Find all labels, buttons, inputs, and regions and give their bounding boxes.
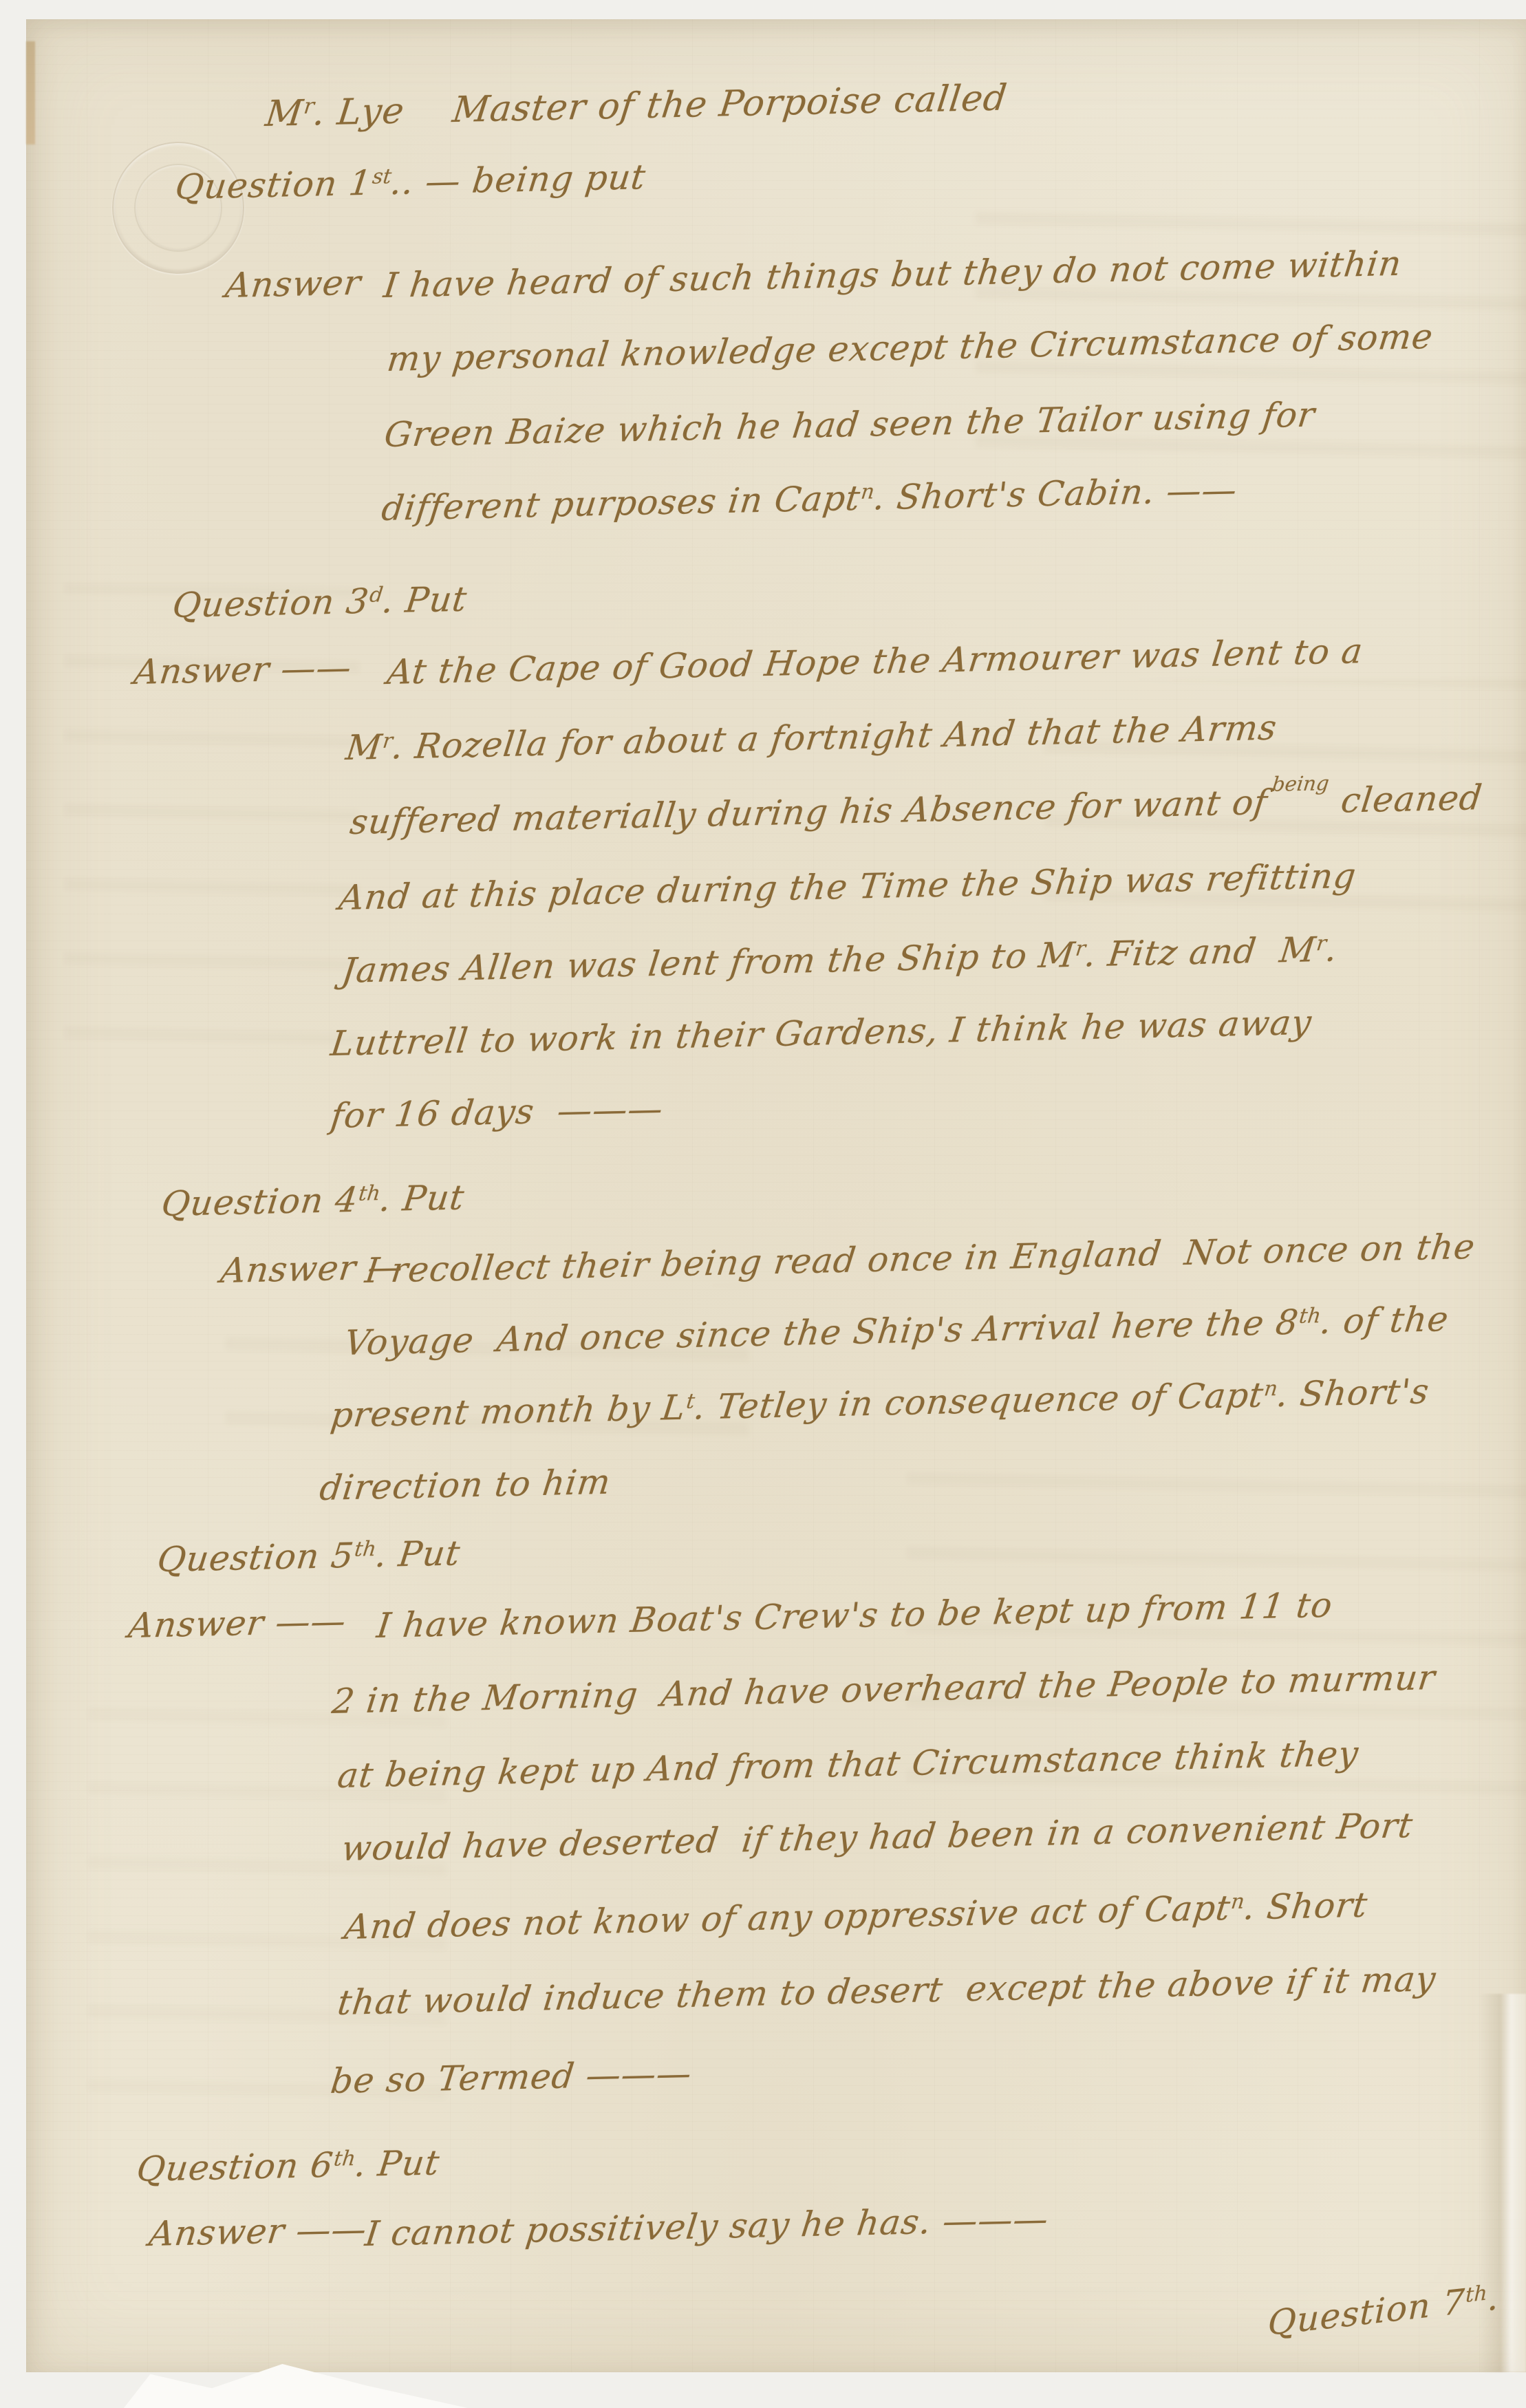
manuscript-line-text: And does not know of any oppressive act … [343, 1888, 1370, 1944]
superscript: n [1229, 1889, 1246, 1913]
superscript: th [353, 1537, 378, 1562]
question-label: Question 5th. Put [155, 1536, 462, 1577]
manuscript-line-text: suffered materially during his Absence f… [348, 780, 1484, 839]
manuscript-line-text: And at this place during the Time the Sh… [337, 859, 1358, 915]
superscript: th [332, 2147, 357, 2171]
superscript: r [1315, 931, 1328, 955]
manuscript-line-text: I have heard of such things but they do … [382, 246, 1404, 303]
superscript: th [1298, 1304, 1322, 1329]
superscript: n [1263, 1377, 1280, 1401]
superscript: th [1465, 2281, 1488, 2307]
catchword-next-question: Question 7th. [1267, 2281, 1499, 2341]
manuscript-line-text: Luttrell to work in their Gardens, I thi… [329, 1005, 1313, 1061]
manuscript-line-text: would have deserted if they had been in … [340, 1808, 1415, 1866]
manuscript-line-text: be so Termed ——— [329, 2056, 694, 2098]
question-label: Question 4th. Put [160, 1180, 466, 1221]
superscript: r [303, 94, 316, 118]
manuscript-line-text: direction to him [318, 1465, 613, 1505]
manuscript-line-text: present month by Lt. Tetley in consequen… [329, 1374, 1431, 1432]
answer-label: Answer —— [147, 2212, 369, 2251]
manuscript-line-text: Voyage And once since the Ship's Arrival… [343, 1302, 1451, 1360]
manuscript-line-text: I cannot possitively say he has. ——— [363, 2202, 1051, 2251]
manuscript-line-text: 2 in the Morning And have overheard the … [330, 1660, 1437, 1719]
manuscript-line-text: I have known Boat's Crew's to be kept up… [375, 1588, 1335, 1643]
scanned-manuscript-page: { "page": { "backdrop_color": "#f1f0ec",… [0, 0, 1526, 2408]
question-label: Question 1st.. — being put [173, 160, 647, 204]
manuscript-line-text: that would induce them to desert except … [336, 1961, 1438, 2020]
superscript: st [371, 164, 393, 189]
answer-label: Answer [224, 266, 363, 303]
manuscript-text-layer: Mr. Lye Master of the Porpoise called Qu… [0, 0, 1526, 2408]
manuscript-line-text: Green Baize which he had seen the Tailor… [383, 398, 1317, 452]
manuscript-line-text: I recollect their being read once in Eng… [363, 1229, 1477, 1288]
superscript: th [357, 1181, 382, 1206]
superscript: d [368, 583, 384, 607]
superscript: t [685, 1389, 696, 1413]
manuscript-line-text: different purposes in Captn. Short's Cab… [380, 473, 1239, 526]
page-heading: Mr. Lye Master of the Porpoise called [264, 80, 1009, 132]
interlinear-insertion: being [1271, 771, 1331, 796]
superscript: n [859, 480, 876, 504]
manuscript-line-text: my personal knowledge except the Circums… [385, 319, 1435, 376]
question-label: Question 6th. Put [135, 2145, 442, 2186]
manuscript-line-text: James Allen was lent from the Ship to Mr… [340, 932, 1340, 988]
manuscript-line-text: at being kept up And from that Circumsta… [336, 1737, 1361, 1793]
superscript: r [1074, 936, 1087, 960]
manuscript-line-text: Mr. Rozella for about a fortnight And th… [344, 711, 1279, 765]
answer-label: Answer —— [132, 650, 354, 689]
superscript: r [381, 729, 394, 753]
question-label: Question 3d. Put [171, 582, 469, 623]
answer-label: Answer —— [127, 1604, 348, 1643]
manuscript-line-text: At the Cape of Good Hope the Armourer wa… [385, 634, 1365, 689]
manuscript-line-text: for 16 days ——— [329, 1092, 665, 1133]
